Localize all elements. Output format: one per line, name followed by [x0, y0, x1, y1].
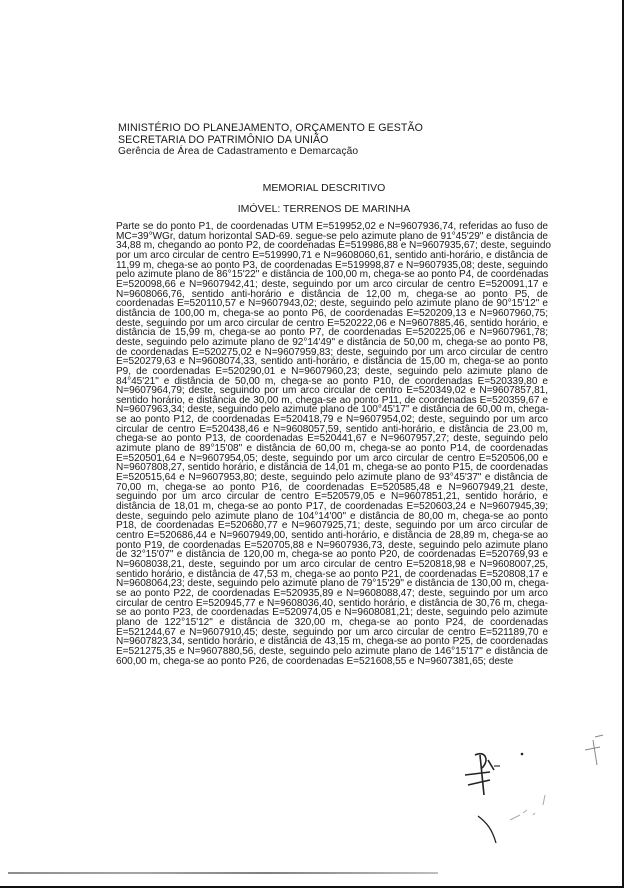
scan-artifact [8, 872, 438, 874]
secretariat-name: SECRETARIA DO PATRIMÔNIO DA UNIÃO [118, 135, 423, 147]
ministry-name: MINISTÉRIO DO PLANEJAMENTO, ORÇAMENTO E … [118, 123, 423, 135]
letterhead: MINISTÉRIO DO PLANEJAMENTO, ORÇAMENTO E … [118, 123, 423, 158]
margin-dot [520, 752, 524, 756]
text-line: 600,00 m, chega-se ao ponto P26, de coor… [116, 657, 548, 667]
document-subtitle: IMÓVEL: TERRENOS DE MARINHA [12, 203, 624, 215]
department-name: Gerência de Área de Cadastramento e Dema… [118, 146, 423, 158]
memorial-body: Parte se do ponto P1, de coordenadas UTM… [116, 222, 548, 666]
margin-mark [575, 735, 615, 780]
pen-stroke [477, 815, 517, 845]
document-title: MEMORIAL DESCRITIVO [12, 182, 624, 194]
